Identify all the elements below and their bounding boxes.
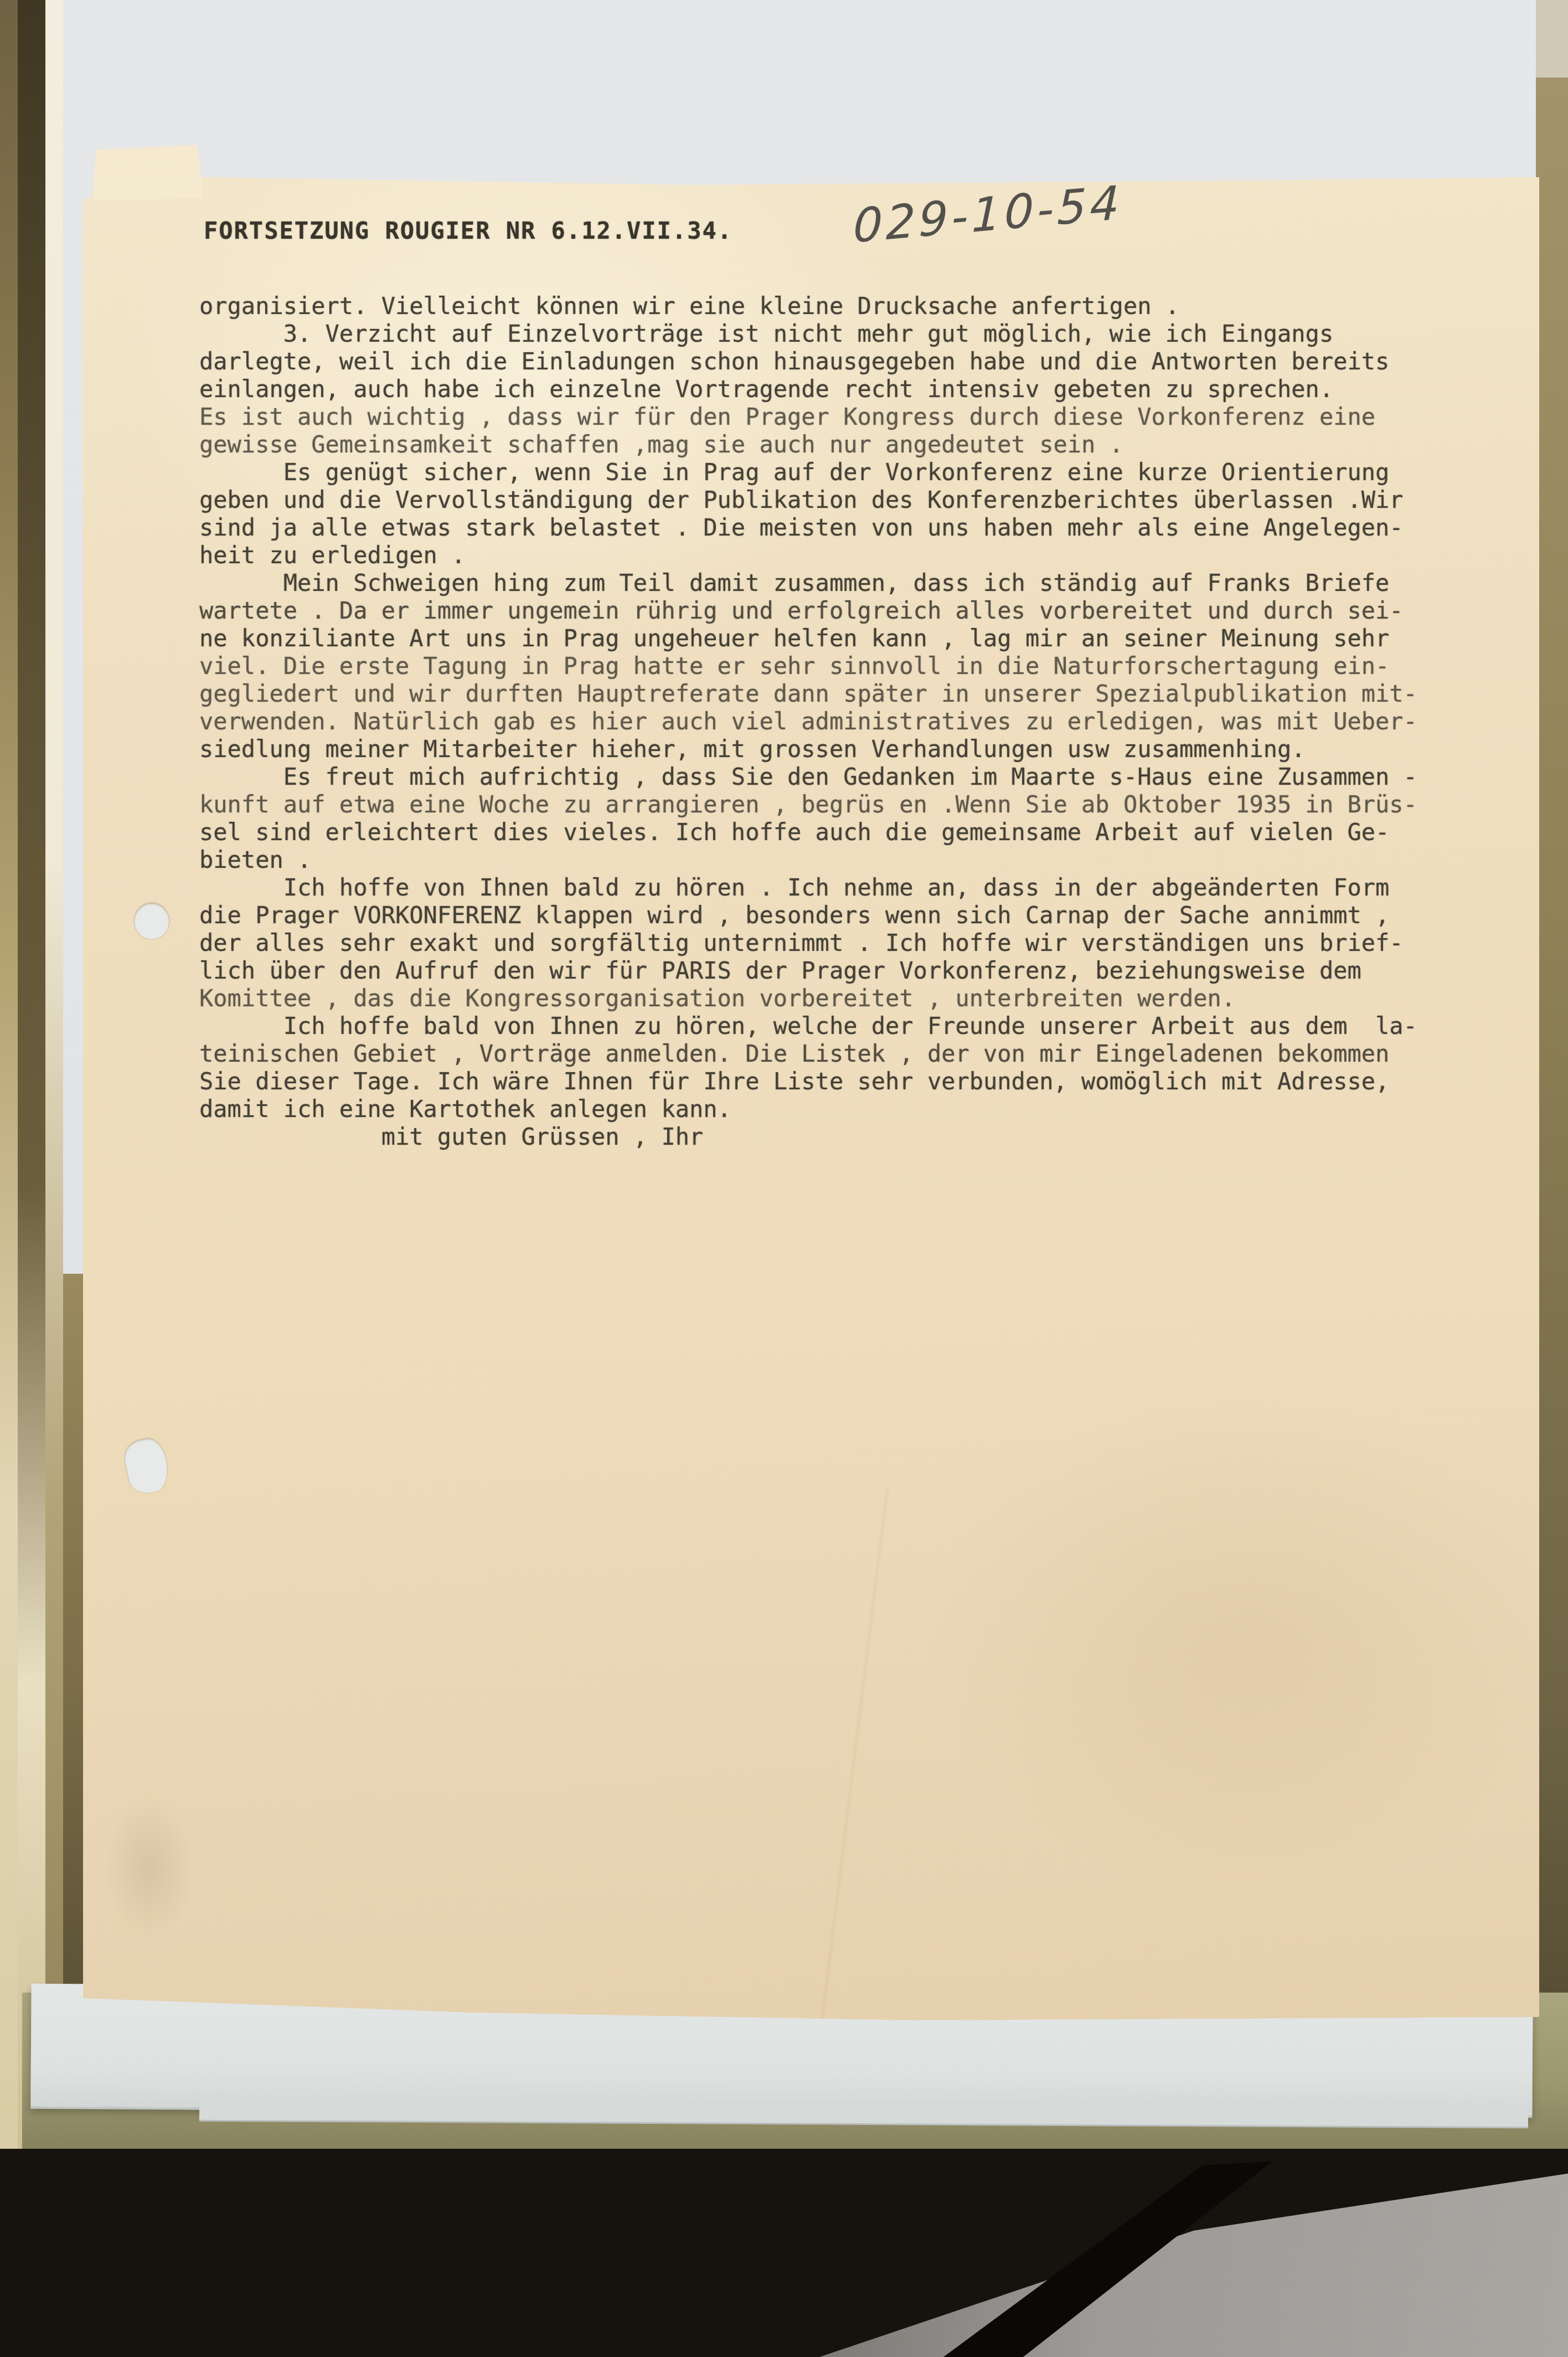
letter-line: damit ich eine Kartothek anlegen kann. xyxy=(199,1095,1512,1123)
letter-line: verwenden. Natürlich gab es hier auch vi… xyxy=(199,708,1512,735)
folder-stack-edge xyxy=(18,0,45,2155)
letter-line: heit zu erledigen . xyxy=(199,542,1512,569)
letter-line: die Prager VORKONFERENZ klappen wird , b… xyxy=(199,902,1512,929)
page-header: FORTSETZUNG ROUGIER NR 6.12.VII.34. xyxy=(204,217,733,244)
folder-edge-right xyxy=(1536,78,1568,2161)
letter-line: Es ist auch wichtig , dass wir für den P… xyxy=(199,403,1512,431)
punch-hole xyxy=(121,1435,173,1496)
letter-line: geben und die Vervollständigung der Publ… xyxy=(199,486,1512,514)
letter-line: kunft auf etwa eine Woche zu arrangieren… xyxy=(199,791,1512,819)
folder-stack-edge xyxy=(0,0,18,2155)
letter-line: wartete . Da er immer ungemein rührig un… xyxy=(199,597,1512,625)
paper-smudge xyxy=(105,1795,194,1939)
letter-line: Komittee , das die Kongressorganisation … xyxy=(199,985,1512,1012)
letter-line: sel sind erleichtert dies vieles. Ich ho… xyxy=(199,819,1512,846)
letter-line: sind ja alle etwas stark belastet . Die … xyxy=(199,514,1512,542)
letter-line: teinischen Gebiet , Vorträge anmelden. D… xyxy=(199,1040,1512,1068)
letter-line: der alles sehr exakt und sorgfältig unte… xyxy=(199,929,1512,957)
document-page: FORTSETZUNG ROUGIER NR 6.12.VII.34. 029-… xyxy=(83,145,1539,2020)
folder-edge-right-top xyxy=(1536,0,1568,83)
torn-corner xyxy=(92,145,202,200)
letter-line: lich über den Aufruf den wir für PARIS d… xyxy=(199,957,1512,985)
letter-line: mit guten Grüssen , Ihr xyxy=(199,1123,1512,1151)
letter-line: Es freut mich aufrichtig , dass Sie den … xyxy=(199,763,1512,791)
letter-line: Es genügt sicher, wenn Sie in Prag auf d… xyxy=(199,459,1512,486)
letter-line: Sie dieser Tage. Ich wäre Ihnen für Ihre… xyxy=(199,1068,1512,1095)
letter-line: einlangen, auch habe ich einzelne Vortra… xyxy=(199,375,1512,403)
letter-line: organisiert. Vielleicht können wir eine … xyxy=(199,292,1512,320)
letter-line: 3. Verzicht auf Einzelvorträge ist nicht… xyxy=(199,320,1512,348)
letter-line: bieten . xyxy=(199,846,1512,874)
paper-crease xyxy=(819,1487,889,2037)
letter-line: viel. Die erste Tagung in Prag hatte er … xyxy=(199,652,1512,680)
letter-line: siedlung meiner Mitarbeiter hieher, mit … xyxy=(199,735,1512,763)
letter-line: Ich hoffe von Ihnen bald zu hören . Ich … xyxy=(199,874,1512,902)
letter-line: gegliedert und wir durften Hauptreferate… xyxy=(199,680,1512,708)
letter-line: ne konziliante Art uns in Prag ungeheuer… xyxy=(199,625,1512,652)
letter-line: gewisse Gemeinsamkeit schaffen ,mag sie … xyxy=(199,431,1512,459)
letter-line: Mein Schweigen hing zum Teil damit zusam… xyxy=(199,569,1512,597)
punch-hole xyxy=(134,903,169,939)
letter-body: organisiert. Vielleicht können wir eine … xyxy=(199,292,1512,1151)
folder-stack-edge xyxy=(45,0,63,2155)
letter-line: Ich hoffe bald von Ihnen zu hören, welch… xyxy=(199,1012,1512,1040)
letter-line: darlegte, weil ich die Einladungen schon… xyxy=(199,348,1512,375)
archive-annotation: 029-10-54 xyxy=(853,175,1123,253)
